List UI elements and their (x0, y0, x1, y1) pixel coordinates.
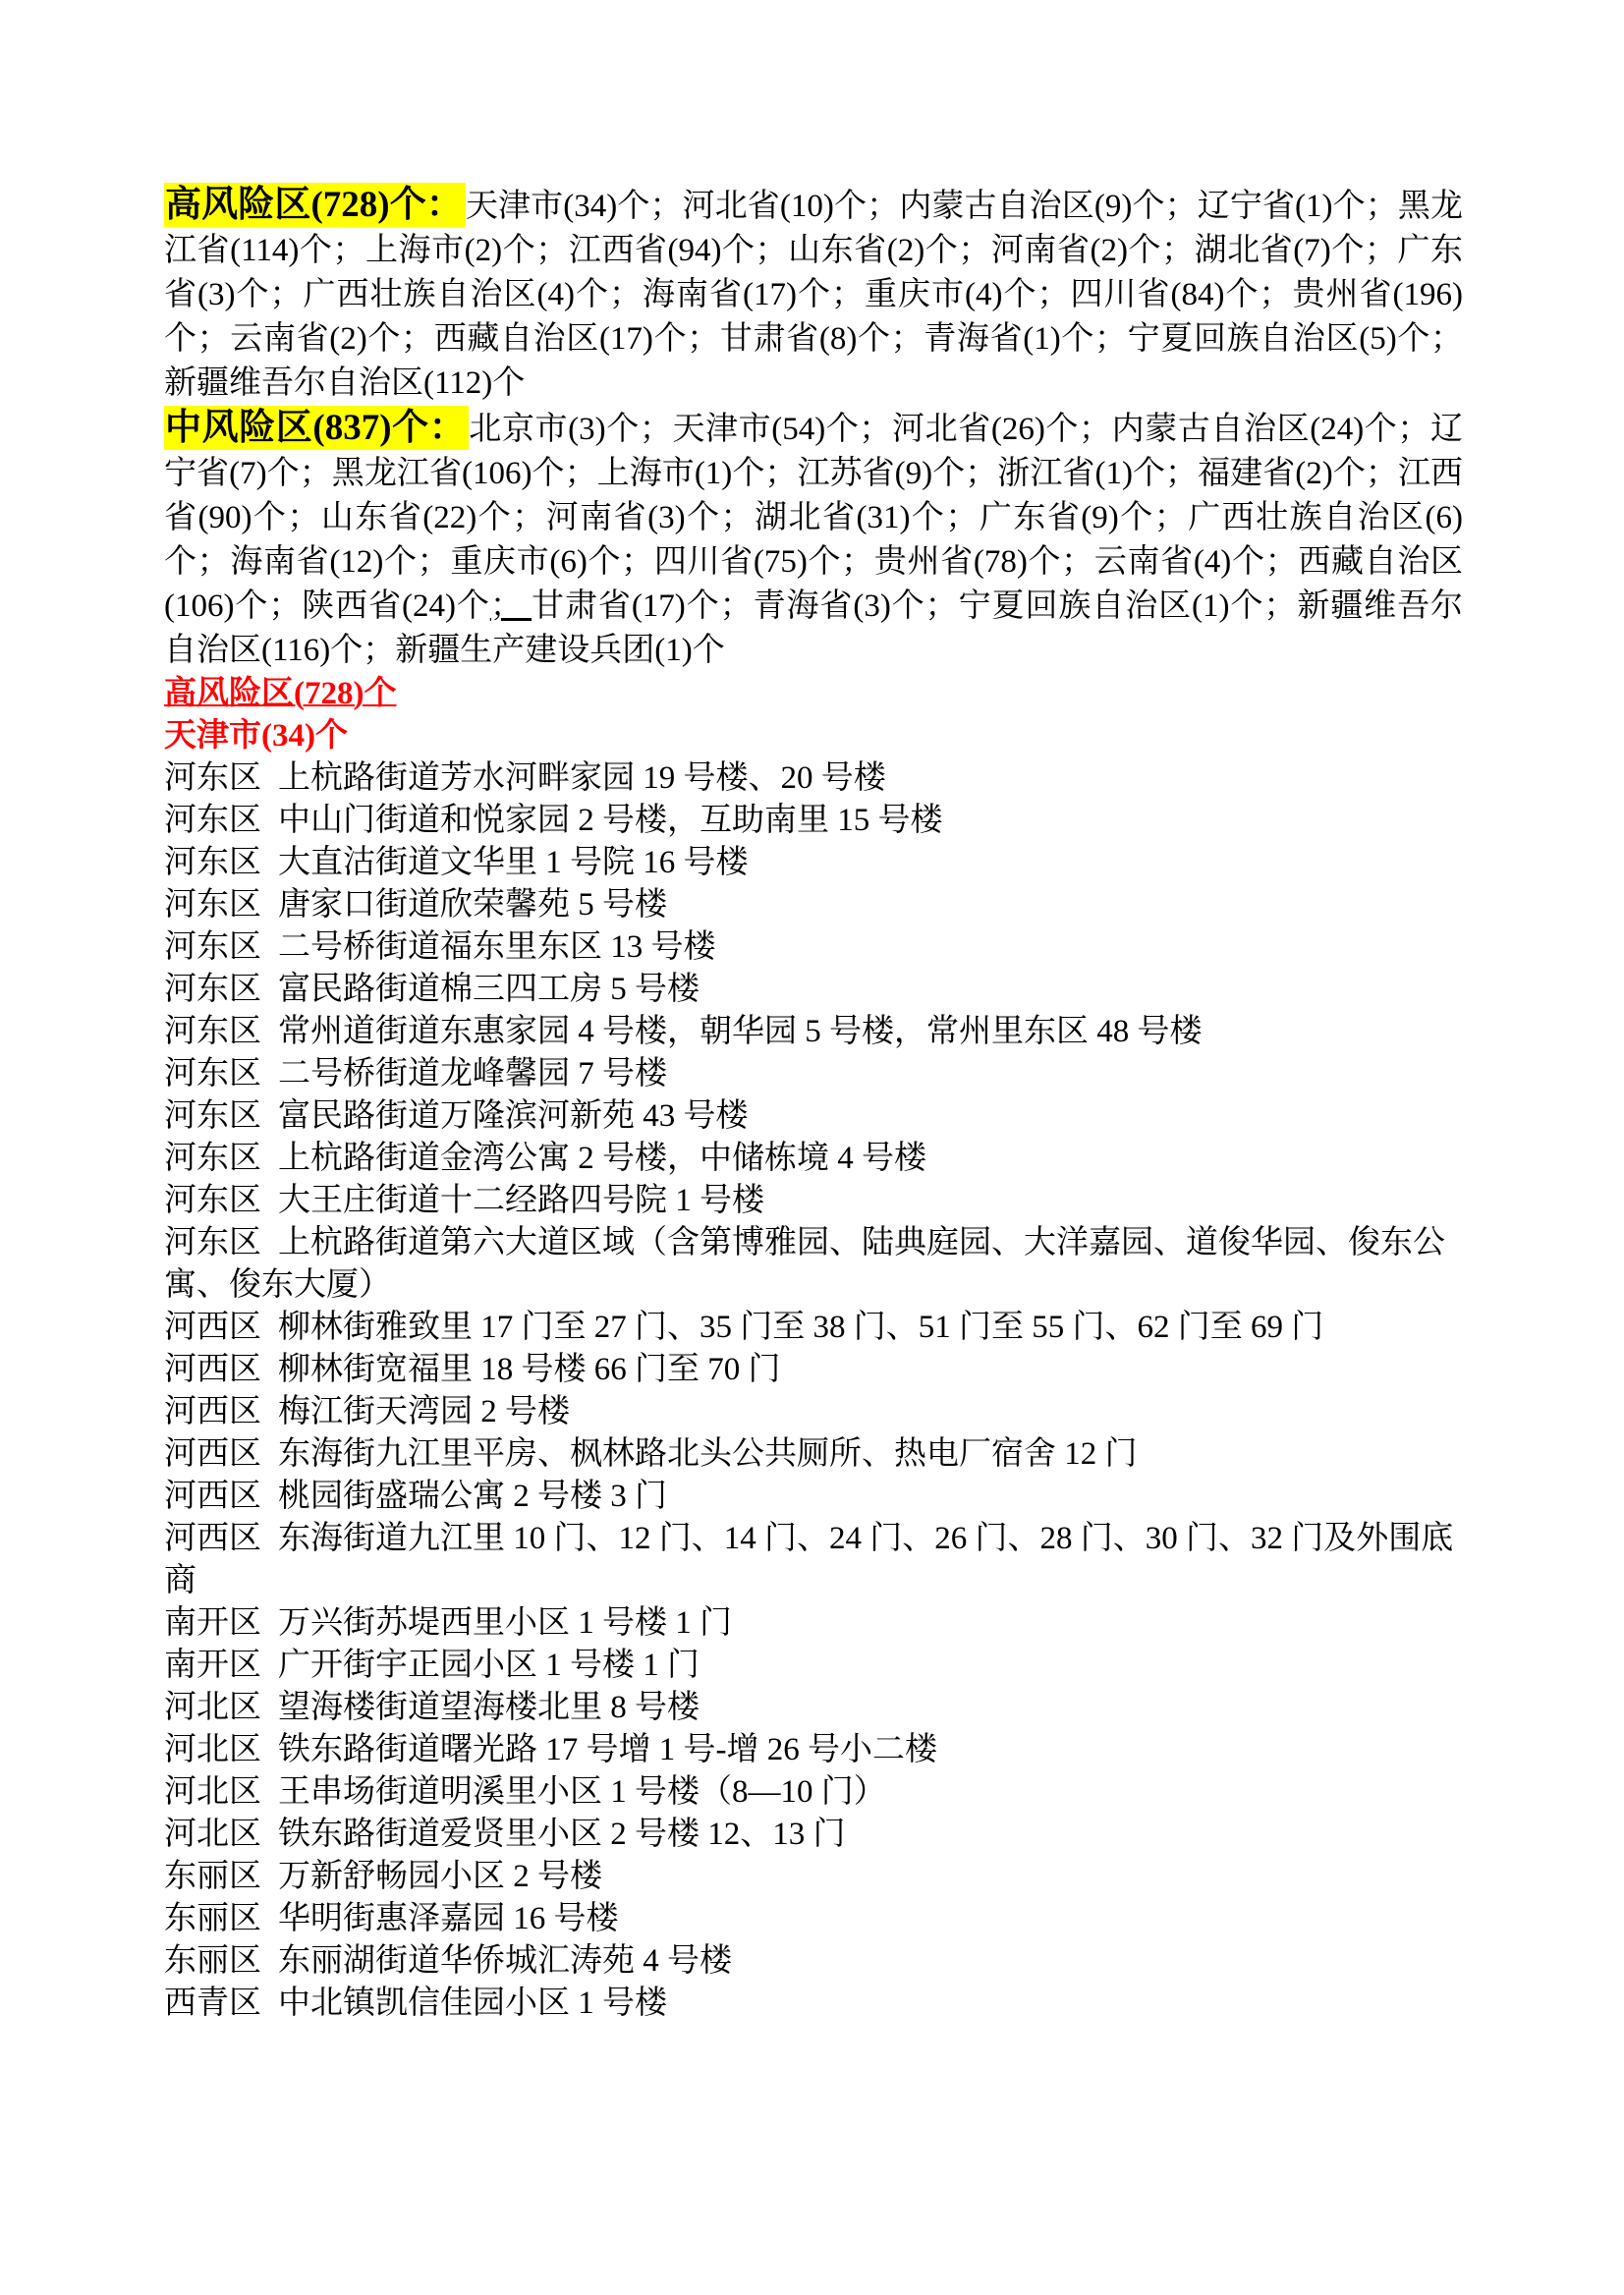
list-item: 河西区柳林街雅致里 17 门至 27 门、35 门至 38 门、51 门至 55… (164, 1307, 1463, 1349)
list-item-address: 上杭路街道第六大道区域（含第博雅园、陆典庭园、大洋嘉园、道俊华园、俊东公寓、俊东… (164, 1225, 1445, 1303)
list-item-address: 桃园街盛瑞公寓 2 号楼 3 门 (278, 1479, 667, 1514)
list-item: 河北区王串场街道明溪里小区 1 号楼（8—10 门） (164, 1771, 1463, 1814)
list-item-district: 河西区 (164, 1479, 261, 1514)
list-item-district: 河东区 (164, 1225, 261, 1260)
list-item-address: 大王庄街道十二经路四号院 1 号楼 (278, 1183, 764, 1218)
list-item: 南开区万兴街苏堤西里小区 1 号楼 1 门 (164, 1602, 1463, 1645)
list-item: 东丽区华明街惠泽嘉园 16 号楼 (164, 1898, 1463, 1940)
list-item-district: 河西区 (164, 1521, 261, 1556)
list-item-district: 河东区 (164, 929, 261, 965)
tianjin-city-heading: 天津市(34)个 (164, 715, 1463, 757)
list-item-district: 东丽区 (164, 1901, 261, 1936)
list-item-district: 河西区 (164, 1394, 261, 1429)
high-risk-summary-paragraph: 高风险区(728)个：天津市(34)个；河北省(10)个；内蒙古自治区(9)个；… (164, 183, 1463, 406)
list-item: 河东区二号桥街道福东里东区 13 号楼 (164, 926, 1463, 969)
list-item-district: 河东区 (164, 887, 261, 923)
risk-area-list: 河东区上杭路街道芳水河畔家园 19 号楼、20 号楼 河东区中山门街道和悦家园 … (164, 757, 1463, 2025)
list-item-address: 望海楼街道望海楼北里 8 号楼 (278, 1690, 700, 1725)
list-item-address: 广开街宇正园小区 1 号楼 1 门 (278, 1648, 700, 1683)
list-item: 河东区唐家口街道欣荣馨苑 5 号楼 (164, 884, 1463, 926)
high-risk-highlighted-label: 高风险区(728)个： (164, 183, 466, 227)
list-item: 河西区东海街道九江里 10 门、12 门、14 门、24 门、26 门、28 门… (164, 1518, 1463, 1602)
list-item: 河东区大王庄街道十二经路四号院 1 号楼 (164, 1180, 1463, 1222)
list-item: 东丽区东丽湖街道华侨城汇涛苑 4 号楼 (164, 1940, 1463, 1983)
list-item-district: 河西区 (164, 1352, 261, 1387)
list-item-address: 中北镇凯信佳园小区 1 号楼 (278, 1986, 667, 2021)
list-item-district: 南开区 (164, 1605, 261, 1641)
medium-risk-highlighted-label: 中风险区(837)个： (164, 406, 469, 450)
list-item: 河东区上杭路街道金湾公寓 2 号楼，中储栋境 4 号楼 (164, 1138, 1463, 1180)
list-item-address: 王串场街道明溪里小区 1 号楼（8—10 门） (278, 1774, 886, 1810)
list-item-address: 柳林街雅致里 17 门至 27 门、35 门至 38 门、51 门至 55 门、… (278, 1310, 1323, 1345)
list-item-address: 万兴街苏堤西里小区 1 号楼 1 门 (278, 1605, 732, 1641)
list-item-address: 东丽湖街道华侨城汇涛苑 4 号楼 (278, 1943, 732, 1979)
list-item-district: 东丽区 (164, 1943, 261, 1979)
list-item-district: 南开区 (164, 1648, 261, 1683)
list-item-address: 中山门街道和悦家园 2 号楼，互助南里 15 号楼 (278, 803, 943, 838)
list-item: 东丽区万新舒畅园小区 2 号楼 (164, 1856, 1463, 1898)
list-item: 河西区柳林街宽福里 18 号楼 66 门至 70 门 (164, 1349, 1463, 1391)
list-item: 河东区二号桥街道龙峰馨园 7 号楼 (164, 1053, 1463, 1095)
list-item-address: 大直沽街道文华里 1 号院 16 号楼 (278, 845, 749, 880)
list-item: 河西区梅江街天湾园 2 号楼 (164, 1391, 1463, 1433)
list-item: 河西区桃园街盛瑞公寓 2 号楼 3 门 (164, 1476, 1463, 1518)
list-item-district: 河东区 (164, 760, 261, 796)
list-item-address: 上杭路街道金湾公寓 2 号楼，中储栋境 4 号楼 (278, 1141, 926, 1176)
list-item-district: 河东区 (164, 972, 261, 1007)
list-item-district: 河东区 (164, 803, 261, 838)
list-item-address: 梅江街天湾园 2 号楼 (278, 1394, 570, 1429)
list-item-district: 河北区 (164, 1690, 261, 1725)
list-item-district: 河北区 (164, 1732, 261, 1767)
document-page: 高风险区(728)个：天津市(34)个；河北省(10)个；内蒙古自治区(9)个；… (0, 0, 1624, 2295)
list-item-district: 河东区 (164, 1183, 261, 1218)
list-item-address: 唐家口街道欣荣馨苑 5 号楼 (278, 887, 667, 923)
list-item-district: 河西区 (164, 1436, 261, 1472)
list-item-district: 西青区 (164, 1986, 261, 2021)
list-item: 河北区铁东路街道爱贤里小区 2 号楼 12、13 门 (164, 1814, 1463, 1856)
list-item-address: 上杭路街道芳水河畔家园 19 号楼、20 号楼 (278, 760, 886, 796)
list-item-address: 东海街道九江里 10 门、12 门、14 门、24 门、26 门、28 门、30… (164, 1521, 1453, 1598)
list-item-address: 常州道街道东惠家园 4 号楼，朝华园 5 号楼，常州里东区 48 号楼 (278, 1014, 1203, 1049)
list-item-address: 华明街惠泽嘉园 16 号楼 (278, 1901, 619, 1936)
list-item: 河东区富民路街道万隆滨河新苑 43 号楼 (164, 1095, 1463, 1138)
list-item-address: 富民路街道棉三四工房 5 号楼 (278, 972, 700, 1007)
list-item: 河北区望海楼街道望海楼北里 8 号楼 (164, 1687, 1463, 1729)
list-item: 河西区东海街九江里平房、枫林路北头公共厕所、热电厂宿舍 12 门 (164, 1433, 1463, 1476)
list-item: 西青区中北镇凯信佳园小区 1 号楼 (164, 1983, 1463, 2025)
list-item-address: 二号桥街道龙峰馨园 7 号楼 (278, 1056, 667, 1092)
list-item-address: 富民路街道万隆滨河新苑 43 号楼 (278, 1098, 749, 1134)
list-item-address: 铁东路街道曙光路 17 号增 1 号-增 26 号小二楼 (278, 1732, 937, 1767)
list-item: 河东区常州道街道东惠家园 4 号楼，朝华园 5 号楼，常州里东区 48 号楼 (164, 1011, 1463, 1053)
list-item-district: 河东区 (164, 845, 261, 880)
list-item-district: 河东区 (164, 1014, 261, 1049)
list-item-district: 河东区 (164, 1141, 261, 1176)
list-item-district: 东丽区 (164, 1859, 261, 1894)
list-item: 河北区铁东路街道曙光路 17 号增 1 号-增 26 号小二楼 (164, 1729, 1463, 1771)
list-item: 河东区上杭路街道第六大道区域（含第博雅园、陆典庭园、大洋嘉园、道俊华园、俊东公寓… (164, 1222, 1463, 1307)
list-item-district: 河东区 (164, 1056, 261, 1092)
list-item: 河东区上杭路街道芳水河畔家园 19 号楼、20 号楼 (164, 757, 1463, 800)
medium-risk-summary-paragraph: 中风险区(837)个：北京市(3)个；天津市(54)个；河北省(26)个；内蒙古… (164, 406, 1463, 673)
list-item-address: 柳林街宽福里 18 号楼 66 门至 70 门 (278, 1352, 781, 1387)
list-item: 河东区中山门街道和悦家园 2 号楼，互助南里 15 号楼 (164, 800, 1463, 842)
list-item-district: 河东区 (164, 1098, 261, 1134)
list-item: 河东区富民路街道棉三四工房 5 号楼 (164, 969, 1463, 1011)
list-item-district: 河北区 (164, 1774, 261, 1810)
list-item-district: 河西区 (164, 1310, 261, 1345)
high-risk-section-heading: 高风险区(728)个 (164, 673, 1463, 715)
underlined-separator: ； (490, 588, 532, 624)
list-item: 南开区广开街宇正园小区 1 号楼 1 门 (164, 1645, 1463, 1687)
list-item-address: 万新舒畅园小区 2 号楼 (278, 1859, 602, 1894)
list-item-address: 二号桥街道福东里东区 13 号楼 (278, 929, 716, 965)
list-item-district: 河北区 (164, 1817, 261, 1852)
list-item-address: 东海街九江里平房、枫林路北头公共厕所、热电厂宿舍 12 门 (278, 1436, 1138, 1472)
list-item: 河东区大直沽街道文华里 1 号院 16 号楼 (164, 842, 1463, 884)
list-item-address: 铁东路街道爱贤里小区 2 号楼 12、13 门 (278, 1817, 846, 1852)
